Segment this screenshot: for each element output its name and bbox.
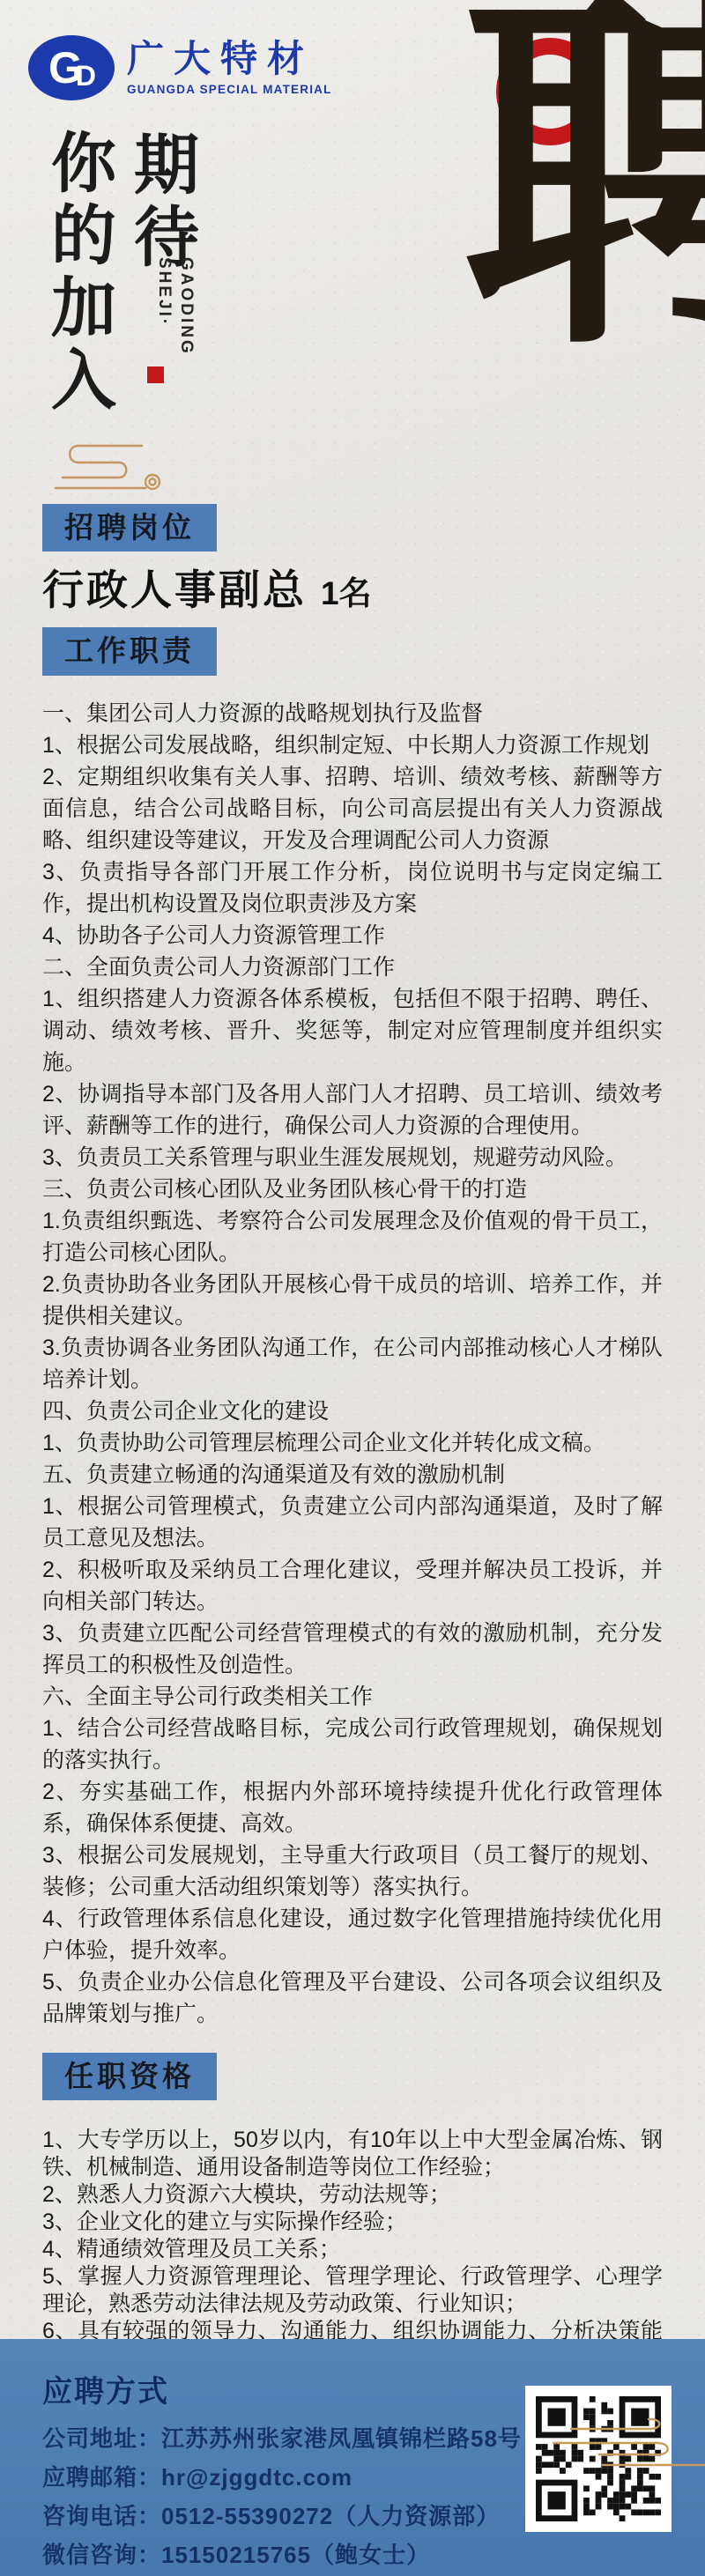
poster-header: G D 广大特材 GUANGDA SPECIAL MATERIAL 期待 你的加… bbox=[0, 0, 705, 490]
duty-item: 3、负责员工关系管理与职业生涯发展规划，规避劳动风险。 bbox=[42, 1142, 663, 1173]
duty-item: 1、根据公司管理模式，负责建立公司内部沟通渠道，及时了解员工意见及想法。 bbox=[42, 1491, 663, 1554]
duty-item: 2、协调指导本部门及各用人部门人才招聘、员工培训、绩效考评、薪酬等工作的进行，确… bbox=[42, 1078, 663, 1142]
qualification-item: 4、精通绩效管理及员工关系； bbox=[42, 2236, 663, 2263]
qualifications-list: 1、大专学历以上，50岁以内，有10年以上中大型金属冶炼、钢铁、机械制造、通用设… bbox=[42, 2127, 663, 2372]
job-title-row: 行政人事副总 1名 bbox=[42, 566, 663, 615]
logo-text: 广大特材 GUANGDA SPECIAL MATERIAL bbox=[127, 35, 332, 96]
cloud-ornament-footer-icon bbox=[518, 2417, 705, 2475]
qualification-item: 2、熟悉人力资源六大模块，劳动法规等； bbox=[42, 2181, 663, 2209]
contact-value: 0512-55390272（人力资源部） bbox=[161, 2503, 500, 2529]
duty-item: 二、全面负责公司人力资源部门工作 bbox=[42, 951, 663, 983]
positions-badge: 招聘岗位 bbox=[42, 504, 217, 551]
recruitment-poster: G D 广大特材 GUANGDA SPECIAL MATERIAL 期待 你的加… bbox=[0, 0, 705, 2576]
logo-letter-d: D bbox=[76, 62, 94, 90]
duty-item: 3、根据公司发展规划，主导重大行政项目（员工餐厅的规划、装修；公司重大活动组织策… bbox=[42, 1839, 663, 1903]
caption-line-1: GAODING bbox=[175, 257, 197, 356]
duty-item: 2、定期组织收集有关人事、招聘、培训、绩效考核、薪酬等方面信息，结合公司战略目标… bbox=[42, 761, 663, 856]
job-title: 行政人事副总 bbox=[42, 566, 307, 615]
duty-item: 六、全面主导公司行政类相关工作 bbox=[42, 1681, 663, 1713]
duty-item: 1、负责协助公司管理层梳理公司企业文化并转化成文稿。 bbox=[42, 1427, 663, 1459]
logo-monogram-icon: G D bbox=[28, 35, 115, 100]
duty-item: 1.负责组织甄选、考察符合公司发展理念及价值观的骨干员工，打造公司核心团队。 bbox=[42, 1205, 663, 1269]
contact-value: hr@zjggdtc.com bbox=[161, 2464, 352, 2491]
duty-item: 4、协助各子公司人力资源管理工作 bbox=[42, 920, 663, 951]
caption-line-2: SHEJI· bbox=[153, 257, 175, 356]
brand-name-cn: 广大特材 bbox=[127, 39, 332, 79]
contact-row: 微信咨询：15150215765（鲍女士） bbox=[42, 2535, 705, 2574]
duty-item: 2.负责协助各业务团队开展核心骨干成员的培训、培养工作，并提供相关建议。 bbox=[42, 1269, 663, 1332]
duty-item: 1、根据公司发展战略，组织制定短、中长期人力资源工作规划 bbox=[42, 729, 663, 761]
slogan-column-expect: 期待 bbox=[129, 130, 194, 275]
duty-item: 四、负责公司企业文化的建设 bbox=[42, 1395, 663, 1427]
duties-badge: 工作职责 bbox=[42, 627, 217, 675]
contact-label: 应聘邮箱： bbox=[42, 2464, 161, 2491]
contact-value: 15150215765（鲍女士） bbox=[161, 2542, 430, 2568]
duty-item: 一、集团公司人力资源的战略规划执行及监督 bbox=[42, 698, 663, 729]
cloud-ornament-icon bbox=[40, 439, 172, 492]
qualification-item: 1、大专学历以上，50岁以内，有10年以上中大型金属冶炼、钢铁、机械制造、通用设… bbox=[42, 2127, 663, 2181]
red-seal-square bbox=[147, 366, 164, 383]
calligraphy-pin-character: 聘 bbox=[462, 0, 705, 374]
qualifications-badge: 任职资格 bbox=[42, 2053, 217, 2100]
duty-item: 2、积极听取及采纳员工合理化建议，受理并解决员工投诉，并向相关部门转达。 bbox=[42, 1554, 663, 1617]
duty-item: 2、夯实基础工作，根据内外部环境持续提升优化行政管理体系，确保体系便捷、高效。 bbox=[42, 1776, 663, 1839]
job-headcount: 1名 bbox=[321, 566, 372, 614]
slogan-column-join: 你的加入 bbox=[46, 129, 111, 418]
company-logo: G D 广大特材 GUANGDA SPECIAL MATERIAL bbox=[28, 35, 332, 100]
poster-body: 招聘岗位 行政人事副总 1名 工作职责 一、集团公司人力资源的战略规划执行及监督… bbox=[0, 490, 705, 2372]
contact-label: 公司地址： bbox=[42, 2425, 161, 2452]
duty-item: 3、负责指导各部门开展工作分析，岗位说明书与定岗定编工作，提出机构设置及岗位职责… bbox=[42, 856, 663, 920]
contact-label: 微信咨询： bbox=[42, 2542, 161, 2568]
duty-item: 3.负责协调各业务团队沟通工作，在公司内部推动核心人才梯队培养计划。 bbox=[42, 1332, 663, 1395]
duty-item: 5、负责企业办公信息化管理及平台建设、公司各项会议组织及品牌策划与推广。 bbox=[42, 1966, 663, 2030]
qualification-item: 5、掌握人力资源管理理论、管理学理论、行政管理学、心理学理论，熟悉劳动法律法规及… bbox=[42, 2263, 663, 2318]
duty-item: 3、负责建立匹配公司经营管理模式的有效的激励机制，充分发挥员工的积极性及创造性。 bbox=[42, 1617, 663, 1681]
apply-footer: 应聘方式 公司地址：江苏苏州张家港凤凰镇锦栏路58号应聘邮箱：hr@zjggdt… bbox=[0, 2339, 705, 2576]
duty-item: 五、负责建立畅通的沟通渠道及有效的激励机制 bbox=[42, 1459, 663, 1491]
contact-label: 咨询电话： bbox=[42, 2503, 161, 2529]
slogan-caption: GAODING SHEJI· bbox=[153, 257, 197, 356]
duty-item: 1、组织搭建人力资源各体系模板，包括但不限于招聘、聘任、调动、绩效考核、晋升、奖… bbox=[42, 983, 663, 1078]
contact-value: 江苏苏州张家港凤凰镇锦栏路58号 bbox=[161, 2425, 522, 2452]
duty-item: 三、负责公司核心团队及业务团队核心骨干的打造 bbox=[42, 1173, 663, 1205]
duty-item: 1、结合公司经营战略目标，完成公司行政管理规划，确保规划的落实执行。 bbox=[42, 1713, 663, 1776]
brand-name-en: GUANGDA SPECIAL MATERIAL bbox=[127, 83, 332, 96]
qualification-item: 3、企业文化的建立与实际操作经验； bbox=[42, 2209, 663, 2236]
duties-list: 一、集团公司人力资源的战略规划执行及监督1、根据公司发展战略，组织制定短、中长期… bbox=[42, 698, 663, 2030]
duty-item: 4、行政管理体系信息化建设，通过数字化管理措施持续优化用户体验，提升效率。 bbox=[42, 1903, 663, 1966]
